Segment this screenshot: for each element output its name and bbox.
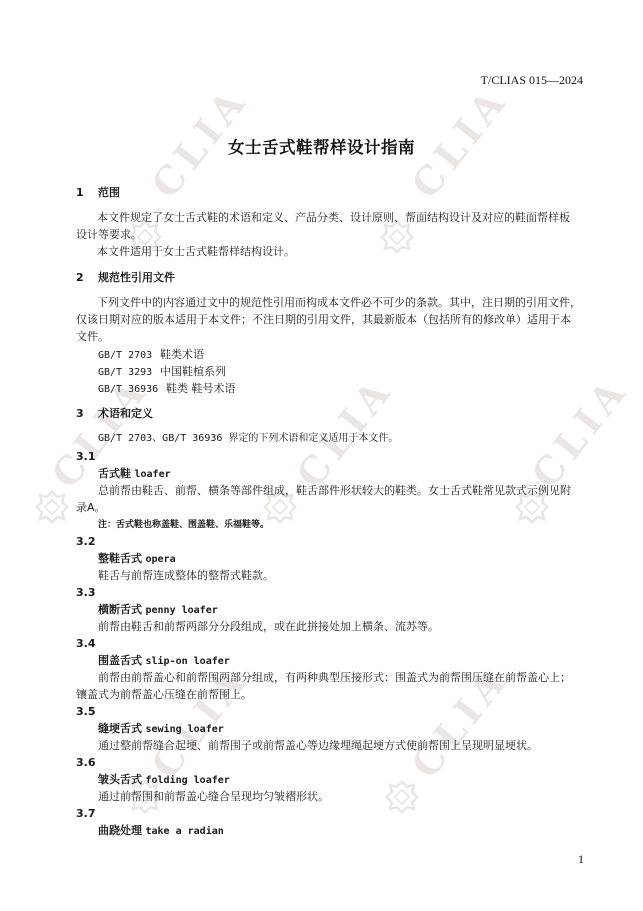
term-name-en: loafer (135, 469, 171, 480)
term-number: 3.4 (76, 637, 96, 651)
term-definition: 鞋舌与前帮连成整体的整帮式鞋款。 (98, 569, 274, 583)
term-name-en: opera (146, 554, 176, 565)
term-name-zh: 舌式鞋 (98, 467, 131, 480)
term-number: 3.5 (76, 705, 96, 719)
terms-intro: GB/T 2703、GB/T 36936 界定的下列术语和定义适用于本文件。 (98, 432, 398, 446)
term-number: 3.2 (76, 535, 96, 549)
term-definition: 前帮由鞋舌和前帮两部分分段组成，或在此拼接处加上横条、流苏等。 (98, 620, 439, 634)
term-name-en: sewing loafer (146, 724, 224, 735)
term-title: 皱头舌式 folding loafer (98, 773, 230, 788)
term-number: 3.7 (76, 807, 96, 821)
term-name-zh: 曲跷处理 (98, 824, 142, 837)
term-title: 整鞋舌式 opera (98, 552, 176, 567)
term-title: 舌式鞋 loafer (98, 467, 171, 482)
document-code: T/CLIAS 015—2024 (481, 73, 583, 88)
reference-code: GB/T 2703 (98, 349, 160, 363)
document-content: T/CLIAS 015—2024 女士舌式鞋帮样设计指南 1范围 本文件规定了女… (0, 0, 643, 911)
document-page: CLIA CLIA CLIA CLIA CLIA CLIA CLIA (0, 0, 643, 911)
paragraph-line: 本文件规定了女士舌式鞋的术语和定义、产品分类、设计原则、帮面结构设计及对应的鞋面… (97, 211, 570, 225)
term-definition: 录A。 (76, 501, 106, 515)
reference-code: GB/T 36936 (98, 383, 166, 397)
term-definition: 总前帮由鞋舌、前帮、横条等部件组成，鞋舌部件形状较大的鞋类。女士舌式鞋常见款式示… (98, 484, 571, 498)
paragraph-line: 文件。 (76, 330, 109, 344)
section-number: 2 (76, 271, 98, 285)
section-title: 术语和定义 (98, 407, 153, 420)
section-title: 规范性引用文件 (98, 271, 175, 284)
reference-item: GB/T 3293中国鞋楦系列 (98, 365, 226, 380)
term-definition: 通过前帮围和前帮盖心缝合呈现均匀皱褶形状。 (98, 790, 329, 804)
term-title: 围盖舌式 slip-on loafer (98, 654, 230, 669)
term-number: 3.1 (76, 450, 96, 464)
term-name-zh: 横断舌式 (98, 603, 142, 616)
page-number: 1 (578, 852, 584, 867)
reference-title: 鞋类 鞋号术语 (166, 382, 236, 395)
section-title: 范围 (98, 186, 120, 199)
term-name-zh: 缝埂舌式 (98, 722, 142, 735)
term-note: 注：舌式鞋也称盖鞋、围盖鞋、乐福鞋等。 (98, 518, 269, 532)
term-definition: 镶盖式为前帮盖心压缝在前帮围上。 (76, 688, 252, 702)
term-title: 横断舌式 penny loafer (98, 603, 218, 618)
paragraph-line: 设计等要求。 (76, 228, 142, 242)
term-number: 3.3 (76, 586, 96, 600)
reference-code: GB/T 3293 (98, 366, 160, 380)
term-name-en: slip-on loafer (146, 656, 230, 667)
paragraph-line: 仅该日期对应的版本适用于本文件；不注日期的引用文件，其最新版本（包括所有的修改单… (76, 313, 571, 327)
section-heading-scope: 1范围 (76, 186, 120, 200)
term-name-en: penny loafer (146, 605, 218, 616)
document-title: 女士舌式鞋帮样设计指南 (0, 134, 643, 158)
term-name-en: take a radian (146, 826, 224, 837)
term-name-zh: 整鞋舌式 (98, 552, 142, 565)
reference-title: 鞋类术语 (160, 348, 204, 361)
reference-item: GB/T 36936鞋类 鞋号术语 (98, 382, 236, 397)
paragraph-line: 下列文件中的内容通过文中的规范性引用而构成本文件必不可少的条款。其中，注日期的引… (97, 296, 581, 310)
term-name-zh: 围盖舌式 (98, 654, 142, 667)
term-name-en: folding loafer (146, 775, 230, 786)
term-number: 3.6 (76, 756, 96, 770)
term-definition: 通过整前帮缝合起埂、前帮围子或前帮盖心等边缘埋绳起埂方式使前帮围上呈现明显埂状。 (98, 739, 538, 753)
term-title: 缝埂舌式 sewing loafer (98, 722, 224, 737)
paragraph-line: 本文件适用于女士舌式鞋帮样结构设计。 (97, 245, 295, 259)
term-definition: 前帮由前帮盖心和前帮围两部分组成，有两种典型压接形式：围盖式为前帮围压缝在前帮盖… (98, 671, 571, 685)
term-name-zh: 皱头舌式 (98, 773, 142, 786)
reference-title: 中国鞋楦系列 (160, 365, 226, 378)
section-heading-normative-references: 2规范性引用文件 (76, 271, 175, 285)
term-title: 曲跷处理 take a radian (98, 824, 224, 839)
section-number: 1 (76, 186, 98, 200)
reference-item: GB/T 2703鞋类术语 (98, 348, 204, 363)
section-heading-terms-definitions: 3术语和定义 (76, 407, 153, 421)
section-number: 3 (76, 407, 98, 421)
